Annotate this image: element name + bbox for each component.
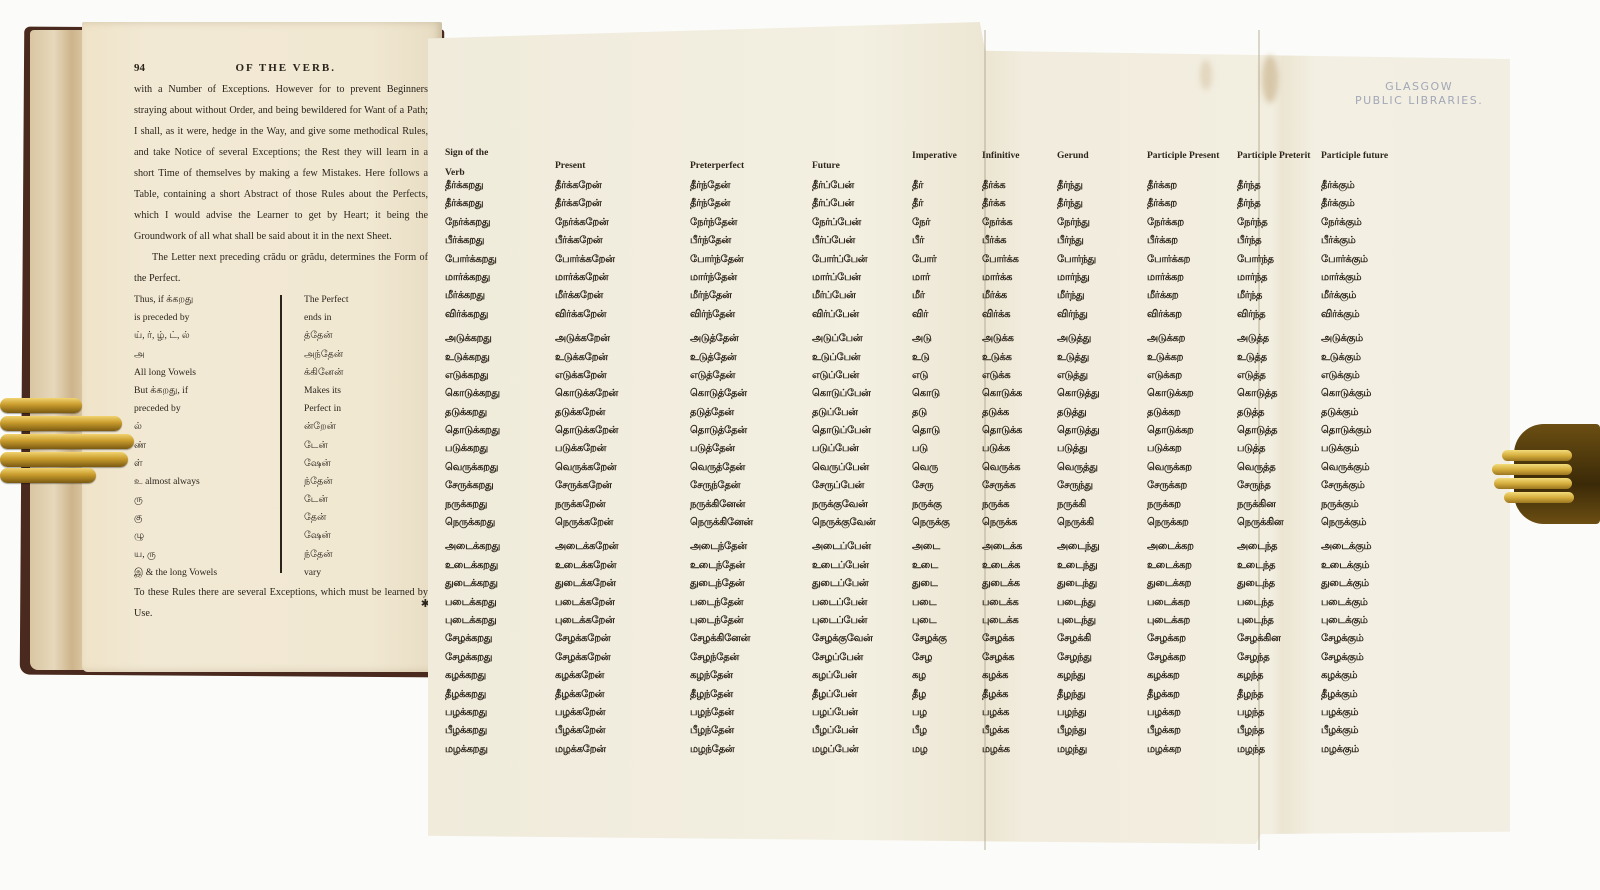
left-page: 94 OF THE VERB. with a Number of Excepti…: [82, 22, 442, 672]
column-header: Gerund: [1057, 147, 1089, 165]
column-header: Imperative: [912, 147, 957, 165]
table-cell: துடைந்த: [1237, 575, 1275, 593]
table-cell: விர்க்கும்: [1321, 306, 1359, 324]
running-title: OF THE VERB.: [235, 58, 336, 79]
table-cell: சேழக்கினேன்: [690, 630, 750, 648]
table-cell: தீர்ப்பேன்: [812, 195, 854, 213]
table-cell: பீழந்த: [1237, 722, 1264, 740]
rule-condition: ண்: [134, 437, 284, 455]
table-cell: வெருக்கறேன்: [555, 459, 616, 477]
table-cell: எடுத்த: [1237, 367, 1266, 385]
table-cell: உடைக்கறேன்: [555, 557, 616, 575]
table-cell: தீர்க்கறது: [445, 195, 483, 213]
table-cell: உடுக்கறேன்: [555, 349, 608, 367]
table-cell: துடைக்க: [982, 575, 1020, 593]
table-cell: பழக்கற: [1147, 704, 1181, 722]
table-cell: நேர்ந்தேன்: [690, 214, 737, 232]
table-cell: தீர்க்கறேன்: [555, 177, 601, 195]
table-cell: நருக்கற: [1147, 496, 1181, 514]
rule-result: ந்தேன்: [284, 546, 424, 564]
table-cell: சேழக்கும்: [1321, 649, 1363, 667]
table-cell: பழந்த: [1237, 704, 1264, 722]
rules-divider: [280, 295, 282, 573]
table-cell: வெருக்கும்: [1321, 459, 1369, 477]
table-cell: மழந்த: [1237, 741, 1265, 759]
table-cell: பீழ: [912, 722, 927, 740]
table-cell: விர்ந்தேன்: [690, 306, 735, 324]
table-cell: கழக்கும்: [1321, 667, 1357, 685]
table-cell: படை: [912, 594, 936, 612]
table-cell: மழ: [912, 741, 928, 759]
table-cell: தீர்க்க: [982, 177, 1005, 195]
column-header: Present: [555, 157, 585, 175]
table-cell: புடைந்தேன்: [690, 612, 743, 630]
table-cell: வெரு: [912, 459, 938, 477]
table-cell: படுத்து: [1057, 440, 1087, 458]
table-cell: நெருக்கினேன்: [690, 514, 753, 532]
table-cell: சேழந்த: [1237, 649, 1269, 667]
table-cell: தொடுத்து: [1057, 422, 1099, 440]
table-cell: நேர்க்கறது: [445, 214, 490, 232]
table-cell: கழந்த: [1237, 667, 1263, 685]
table-cell: புடைக்கும்: [1321, 612, 1368, 630]
table-cell: சேழக்கு: [912, 630, 947, 648]
table-cell: தீர்: [912, 177, 923, 195]
table-cell: உடுத்தேன்: [690, 349, 736, 367]
table-cell: பீர்ப்பேன்: [812, 232, 855, 250]
table-cell: மழந்து: [1057, 741, 1087, 759]
table-cell: பீர்ந்து: [1057, 232, 1084, 250]
table-cell: மீர்க்கறது: [445, 287, 485, 305]
table-cell: துடைக்கறது: [445, 575, 498, 593]
table-cell: புடைந்த: [1237, 612, 1274, 630]
table-cell: நேர்க்கும்: [1321, 214, 1362, 232]
table-cell: பீர்ந்த: [1237, 232, 1261, 250]
table-cell: பீழந்து: [1057, 722, 1086, 740]
table-cell: சேழக்கி: [1057, 630, 1091, 648]
table-cell: படுக்கறது: [445, 440, 488, 458]
table-cell: விர்க்க: [982, 306, 1010, 324]
table-cell: பழப்பேன்: [812, 704, 858, 722]
table-cell: எடுப்பேன்: [812, 367, 859, 385]
table-cell: தொடுக்க: [982, 422, 1022, 440]
table-cell: பீர்: [912, 232, 924, 250]
table-cell: மார்க்க: [982, 269, 1012, 287]
table-cell: பீழக்கறேன்: [555, 722, 605, 740]
table-cell: போர்: [912, 251, 936, 269]
table-cell: தீர்ந்தேன்: [690, 177, 730, 195]
table-cell: துடைக்கறேன்: [555, 575, 616, 593]
table-cell: கழக்க: [982, 667, 1008, 685]
table-cell: மீர்ந்து: [1057, 287, 1084, 305]
table-cell: வெருத்த: [1237, 459, 1275, 477]
table-cell: தீர்க்கற: [1147, 177, 1177, 195]
table-cell: கொடுக்கும்: [1321, 385, 1371, 403]
table-cell: அடைப்பேன்: [812, 538, 871, 556]
table-cell: எடுக்க: [982, 367, 1010, 385]
table-cell: மீர்ப்பேன்: [812, 287, 855, 305]
table-cell: பீர்க்கறது: [445, 232, 484, 250]
table-cell: தீர்ந்தேன்: [690, 195, 730, 213]
table-cell: அடுக்கற: [1147, 330, 1185, 348]
running-header: 94 OF THE VERB.: [134, 58, 428, 79]
table-cell: தீழக்கும்: [1321, 686, 1357, 704]
table-cell: சேழப்பேன்: [812, 649, 863, 667]
table-cell: அடுத்தேன்: [690, 330, 738, 348]
table-cell: மழக்கறேன்: [555, 741, 606, 759]
table-cell: உடு: [912, 349, 929, 367]
table-cell: துடைப்பேன்: [812, 575, 868, 593]
table-cell: மழக்கறது: [445, 741, 488, 759]
table-cell: தொடு: [912, 422, 940, 440]
table-cell: தீர்ந்த: [1237, 177, 1260, 195]
table-cell: தொடுக்கற: [1147, 422, 1194, 440]
table-cell: அடுக்கறது: [445, 330, 492, 348]
table-cell: நெருக்கறது: [445, 514, 495, 532]
table-cell: நெருக்கு: [912, 514, 950, 532]
table-cell: பழக்கும்: [1321, 704, 1358, 722]
table-cell: அடுக்க: [982, 330, 1014, 348]
table-cell: கழப்பேன்: [812, 667, 857, 685]
table-cell: சேழந்தேன்: [690, 649, 739, 667]
table-cell: சேழக்கற: [1147, 649, 1186, 667]
rule-condition: is preceded by: [134, 309, 284, 327]
table-cell: பீர்க்க: [982, 232, 1006, 250]
table-cell: கொடுக்கறது: [445, 385, 500, 403]
table-cell: நெருக்கற: [1147, 514, 1189, 532]
rule-result: ends in: [284, 309, 424, 327]
table-cell: பீழந்தேன்: [690, 722, 734, 740]
table-cell: எடுத்தேன்: [690, 367, 735, 385]
rule-result: ந்தேன்: [284, 473, 424, 491]
table-cell: விர்ந்து: [1057, 306, 1088, 324]
rule-result: The Perfect: [284, 291, 424, 309]
table-cell: எடு: [912, 367, 928, 385]
table-cell: தடுத்த: [1237, 404, 1264, 422]
table-cell: தடுப்பேன்: [812, 404, 858, 422]
right-gold-hand: [1490, 420, 1600, 530]
rule-condition: ழு: [134, 527, 284, 545]
table-cell: அடைந்து: [1057, 538, 1099, 556]
table-cell: வெருக்க: [982, 459, 1020, 477]
table-cell: தடுக்க: [982, 404, 1009, 422]
table-cell: கொடுக்கற: [1147, 385, 1193, 403]
table-cell: பீர்க்கும்: [1321, 232, 1355, 250]
paragraph-2: The Letter next preceding crădu or grădu…: [134, 247, 428, 289]
table-cell: நருக்கின: [1237, 496, 1275, 514]
table-cell: உடுக்கறது: [445, 349, 489, 367]
table-cell: வெருக்கற: [1147, 459, 1192, 477]
rule-result: ன்றேன்: [284, 418, 424, 436]
table-cell: பீர்ந்தேன்: [690, 232, 731, 250]
table-cell: தீர்க்கறது: [445, 177, 483, 195]
table-cell: தீழப்பேன்: [812, 686, 857, 704]
table-cell: கொடுக்க: [982, 385, 1022, 403]
table-cell: சேருந்த: [1237, 477, 1271, 495]
rule-condition: ய, ரு: [134, 546, 284, 564]
rule-condition: ரு: [134, 491, 284, 509]
column-header: Infinitive: [982, 147, 1019, 165]
table-cell: போர்க்கற: [1147, 251, 1190, 269]
table-cell: படுக்க: [982, 440, 1010, 458]
table-cell: விர்க்கறது: [445, 306, 488, 324]
table-cell: அடைக்கறது: [445, 538, 500, 556]
table-cell: உடுக்கும்: [1321, 349, 1361, 367]
paragraph-1: with a Number of Exceptions. However for…: [134, 79, 428, 247]
table-cell: படைப்பேன்: [812, 594, 867, 612]
table-cell: படு: [912, 440, 928, 458]
table-cell: நருக்கு: [912, 496, 942, 514]
table-cell: கொடுத்த: [1237, 385, 1277, 403]
table-cell: சேழக்கறேன்: [555, 649, 610, 667]
rule-result: ஷேன்: [284, 455, 424, 473]
table-cell: மார்ந்த: [1237, 269, 1267, 287]
table-cell: பீர்க்கறேன்: [555, 232, 602, 250]
table-cell: நருக்கறது: [445, 496, 487, 514]
table-cell: விர்க்கறேன்: [555, 306, 606, 324]
table-cell: மார்: [912, 269, 930, 287]
table-cell: கழந்து: [1057, 667, 1085, 685]
table-cell: சேழக்க: [982, 649, 1014, 667]
table-cell: பீர்க்கற: [1147, 232, 1178, 250]
table-cell: போர்க்கும்: [1321, 251, 1368, 269]
rule-result: ஷேன்: [284, 527, 424, 545]
table-cell: பழந்தேன்: [690, 704, 734, 722]
table-cell: பழக்கறது: [445, 704, 487, 722]
table-cell: நெருக்குவேன்: [812, 514, 875, 532]
table-cell: நருக்க: [982, 496, 1009, 514]
finger-shape: [0, 452, 128, 467]
table-cell: நெருக்கி: [1057, 514, 1094, 532]
table-cell: படைக்க: [982, 594, 1018, 612]
table-cell: அடுக்கும்: [1321, 330, 1363, 348]
table-cell: சேருந்தேன்: [690, 477, 740, 495]
table-cell: படைக்கும்: [1321, 594, 1368, 612]
table-cell: சேழக்குவேன்: [812, 630, 872, 648]
column-header: Participle future: [1321, 147, 1388, 165]
table-cell: பழக்கறேன்: [555, 704, 605, 722]
table-cell: சேருக்கறேன்: [555, 477, 612, 495]
table-cell: சேழக்கறது: [445, 630, 492, 648]
table-cell: நேர்க்கற: [1147, 214, 1184, 232]
rule-condition: preceded by: [134, 400, 284, 418]
column-header: Preterperfect: [690, 157, 744, 175]
table-cell: தீர்க்கறேன்: [555, 195, 601, 213]
table-cell: தீழந்தேன்: [690, 686, 733, 704]
table-cell: பீழக்க: [982, 722, 1009, 740]
table-cell: தீர்ந்து: [1057, 195, 1083, 213]
table-cell: தீர்ப்பேன்: [812, 177, 854, 195]
table-cell: போர்ப்பேன்: [812, 251, 867, 269]
finger-shape: [1492, 464, 1572, 475]
table-cell: தொடுப்பேன்: [812, 422, 871, 440]
table-cell: அடைந்தேன்: [690, 538, 747, 556]
table-cell: தீர்க்கும்: [1321, 195, 1355, 213]
table-cell: நருக்கும்: [1321, 496, 1358, 514]
table-cell: நருக்குவேன்: [812, 496, 867, 514]
table-cell: சேருக்கறது: [445, 477, 493, 495]
rule-result: டேன்: [284, 491, 424, 509]
paper-stain: [1262, 55, 1278, 103]
table-cell: தீர்க்க: [982, 195, 1005, 213]
table-cell: துடைக்கற: [1147, 575, 1191, 593]
table-cell: போர்க்க: [982, 251, 1019, 269]
table-cell: அடுத்து: [1057, 330, 1091, 348]
table-cell: மார்க்கறது: [445, 269, 490, 287]
table-cell: எடுக்கறேன்: [555, 367, 606, 385]
table-cell: நெருக்க: [982, 514, 1017, 532]
table-cell: தீழக்க: [982, 686, 1008, 704]
table-cell: மார்ந்து: [1057, 269, 1089, 287]
table-cell: சேருக்கற: [1147, 477, 1187, 495]
table-cell: சேழந்து: [1057, 649, 1092, 667]
table-cell: அடைந்த: [1237, 538, 1277, 556]
rule-condition: But க்கறது, if: [134, 382, 284, 400]
left-page-content: 94 OF THE VERB. with a Number of Excepti…: [134, 58, 428, 624]
rule-condition: அ: [134, 346, 284, 364]
table-cell: மழக்கும்: [1321, 741, 1359, 759]
table-cell: எடுக்கற: [1147, 367, 1182, 385]
rule-condition: இ & the long Vowels: [134, 564, 284, 582]
table-cell: சேருக்க: [982, 477, 1016, 495]
table-cell: மார்க்கறேன்: [555, 269, 608, 287]
table-cell: உடுப்பேன்: [812, 349, 860, 367]
table-cell: வெருக்கறது: [445, 459, 498, 477]
table-cell: படைந்த: [1237, 594, 1274, 612]
table-cell: அடைக்கற: [1147, 538, 1194, 556]
rule-result: தேன்: [284, 509, 424, 527]
table-cell: அடு: [912, 330, 931, 348]
closing-paragraph: To these Rules there are several Excepti…: [134, 582, 428, 624]
table-cell: போர்க்கறது: [445, 251, 496, 269]
left-gold-hand: [0, 392, 135, 484]
table-cell: மழக்க: [982, 741, 1010, 759]
table-cell: எடுக்கும்: [1321, 367, 1360, 385]
rule-result: Makes its: [284, 382, 424, 400]
table-cell: நருக்கினேன்: [690, 496, 745, 514]
table-cell: தீழக்கறது: [445, 686, 486, 704]
table-cell: மார்ப்பேன்: [812, 269, 861, 287]
table-cell: அடுக்கறேன்: [555, 330, 610, 348]
table-cell: உடைக்கறது: [445, 557, 498, 575]
table-cell: கொடு: [912, 385, 940, 403]
table-cell: அடுத்த: [1237, 330, 1269, 348]
table-cell: உடை: [912, 557, 938, 575]
table-cell: பீழப்பேன்: [812, 722, 858, 740]
finger-shape: [0, 416, 122, 431]
table-cell: மீர்ந்த: [1237, 287, 1262, 305]
table-cell: துடைக்கும்: [1321, 575, 1369, 593]
table-cell: பீழக்கும்: [1321, 722, 1358, 740]
table-cell: புடைக்கற: [1147, 612, 1190, 630]
rule-condition: Thus, if க்கறது: [134, 291, 284, 309]
table-cell: உடுக்கற: [1147, 349, 1183, 367]
table-cell: சேருந்து: [1057, 477, 1093, 495]
table-cell: விர்: [912, 306, 928, 324]
table-cell: தொடுக்கறது: [445, 422, 500, 440]
rule-result: அந்தேன்: [284, 346, 424, 364]
table-cell: அடை: [912, 538, 940, 556]
table-cell: படைந்தேன்: [690, 594, 743, 612]
rule-condition: ள்: [134, 455, 284, 473]
perfect-rules-table: Thus, if க்கறதுThe Perfectis preceded by…: [134, 291, 428, 582]
page-number: 94: [134, 58, 145, 79]
table-cell: அடைக்கறேன்: [555, 538, 618, 556]
table-cell: உடுத்த: [1237, 349, 1267, 367]
table-cell: உடைக்க: [982, 557, 1020, 575]
table-cell: தடுக்கும்: [1321, 404, 1358, 422]
table-cell: நேர்ந்த: [1237, 214, 1267, 232]
table-cell: நெருக்கறேன்: [555, 514, 613, 532]
table-cell: நெருக்கின: [1237, 514, 1283, 532]
table-cell: தடுக்கறது: [445, 404, 487, 422]
table-cell: சேழக்கும்: [1321, 630, 1363, 648]
rule-result: Perfect in: [284, 400, 424, 418]
table-cell: கொடுத்து: [1057, 385, 1099, 403]
table-cell: கொடுத்தேன்: [690, 385, 747, 403]
table-cell: அடுப்பேன்: [812, 330, 862, 348]
rule-condition: கு: [134, 509, 284, 527]
table-cell: விர்ந்த: [1237, 306, 1265, 324]
table-cell: துடைந்தேன்: [690, 575, 744, 593]
table-cell: சேழக்கறேன்: [555, 630, 610, 648]
table-cell: தடுத்து: [1057, 404, 1086, 422]
library-stamp: GLASGOW PUBLIC LIBRARIES.: [1355, 80, 1483, 108]
table-cell: படைக்கறது: [445, 594, 496, 612]
rule-condition: ல்: [134, 418, 284, 436]
table-cell: தீழக்கறேன்: [555, 686, 604, 704]
table-cell: நருக்கி: [1057, 496, 1086, 514]
table-cell: உடைந்த: [1237, 557, 1275, 575]
table-cell: மார்ந்தேன்: [690, 269, 737, 287]
table-cell: புடைந்து: [1057, 612, 1096, 630]
table-cell: நேர்க்க: [982, 214, 1012, 232]
rule-result: த்தேன்: [284, 327, 424, 345]
table-cell: சேழ: [912, 649, 932, 667]
table-cell: மழக்கற: [1147, 741, 1181, 759]
stamp-line-1: GLASGOW: [1355, 80, 1483, 94]
table-cell: உடுத்து: [1057, 349, 1089, 367]
table-cell: படுத்தேன்: [690, 440, 735, 458]
table-cell: சேழக்க: [982, 630, 1014, 648]
table-cell: போர்க்கறேன்: [555, 251, 615, 269]
table-cell: கழக்கறேன்: [555, 667, 604, 685]
table-cell: உடைப்பேன்: [812, 557, 869, 575]
finger-shape: [0, 468, 96, 483]
table-cell: தீர்க்கும்: [1321, 177, 1355, 195]
table-cell: உடைந்தேன்: [690, 557, 745, 575]
table-cell: உடைக்கும்: [1321, 557, 1369, 575]
rule-result: vary: [284, 564, 424, 582]
table-cell: கழந்தேன்: [690, 667, 733, 685]
table-cell: தொடுத்தேன்: [690, 422, 747, 440]
table-cell: புடை: [912, 612, 936, 630]
table-cell: பழந்து: [1057, 704, 1086, 722]
table-cell: தீர்ந்த: [1237, 195, 1260, 213]
table-cell: அடைக்க: [982, 538, 1022, 556]
stamp-line-2: PUBLIC LIBRARIES.: [1355, 94, 1483, 108]
table-cell: படைக்கற: [1147, 594, 1190, 612]
table-cell: சேருக்கும்: [1321, 477, 1365, 495]
table-cell: தொடுக்கறேன்: [555, 422, 618, 440]
table-cell: விர்ப்பேன்: [812, 306, 859, 324]
finger-shape: [0, 398, 82, 413]
table-cell: கொடுப்பேன்: [812, 385, 871, 403]
table-cell: மீர்க்க: [982, 287, 1007, 305]
table-cell: எடுக்கறது: [445, 367, 488, 385]
table-cell: தீழ: [912, 686, 926, 704]
finger-shape: [1504, 492, 1574, 503]
